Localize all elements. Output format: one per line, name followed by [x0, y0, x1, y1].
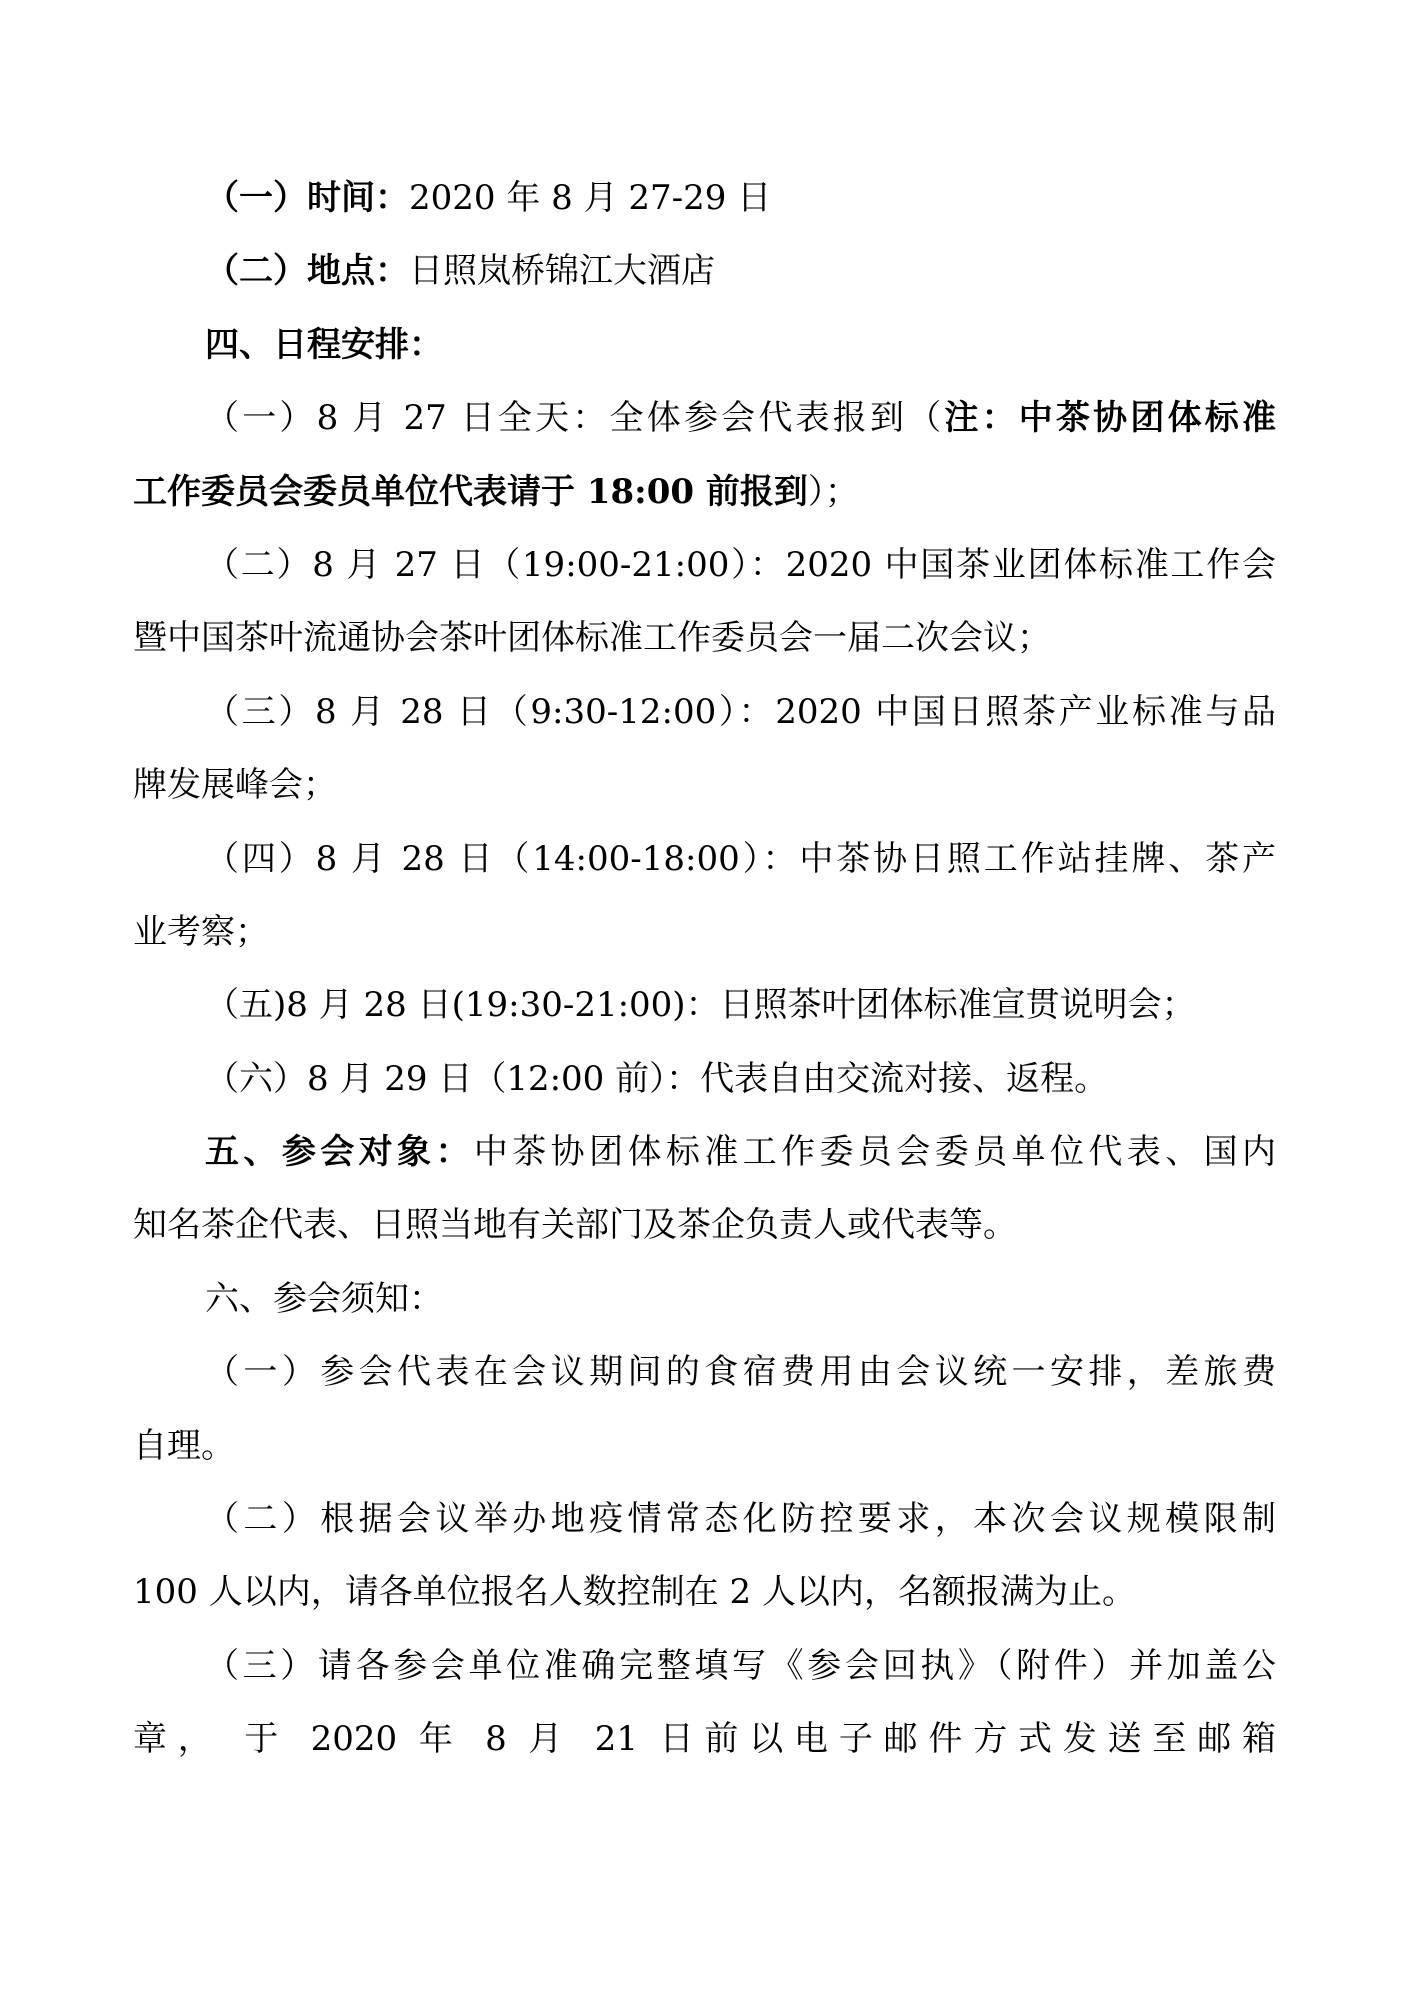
notice-item-1-line1: （一）参会代表在会议期间的食宿费用由会议统一安排，差旅费	[133, 1336, 1276, 1409]
time-label: （一）时间：	[205, 178, 409, 218]
place-label: （二）地点：	[205, 251, 409, 291]
schedule-item-2-line2: 暨中国茶叶流通协会茶叶团体标准工作委员会一届二次会议；	[133, 602, 1276, 675]
notice-item-2-line2: 100 人以内，请各单位报名人数控制在 2 人以内，名额报满为止。	[133, 1556, 1276, 1629]
time-value: 2020 年 8 月 27-29 日	[409, 178, 771, 218]
notice-item-1-line2: 自理。	[133, 1410, 1276, 1483]
schedule-item-1-note-cont: 工作委员会委员单位代表请于 18:00 前报到	[133, 472, 808, 512]
notice-item-2-line1: （二）根据会议举办地疫情常态化防控要求，本次会议规模限制	[133, 1483, 1276, 1556]
schedule-item-3-line1: （三）8 月 28 日（9:30-12:00）：2020 中国日照茶产业标准与品	[133, 676, 1276, 749]
participants-line2: 知名茶企代表、日照当地有关部门及茶企负责人或代表等。	[133, 1189, 1276, 1262]
document-page: （一）时间：2020 年 8 月 27-29 日 （二）地点：日照岚桥锦江大酒店…	[133, 162, 1276, 1777]
section-heading-notice: 六、参会须知：	[133, 1263, 1276, 1336]
place-value: 日照岚桥锦江大酒店	[409, 251, 715, 291]
notice-item-3-line2: 章， 于 2020 年 8 月 21 日前以电子邮件方式发送至邮箱	[133, 1703, 1276, 1776]
participants-heading: 五、参会对象：	[205, 1132, 474, 1172]
section-heading-schedule: 四、日程安排：	[133, 309, 1276, 382]
schedule-item-3-line2: 牌发展峰会；	[133, 749, 1276, 822]
schedule-item-2-line1: （二）8 月 27 日（19:00-21:00）：2020 中国茶业团体标准工作…	[133, 529, 1276, 602]
schedule-item-6: （六）8 月 29 日（12:00 前）：代表自由交流对接、返程。	[133, 1043, 1276, 1116]
schedule-item-1-note: 注：中茶协团体标准	[944, 398, 1276, 438]
paragraph-time: （一）时间：2020 年 8 月 27-29 日	[133, 162, 1276, 235]
schedule-item-4-line1: （四）8 月 28 日（14:00-18:00）：中茶协日照工作站挂牌、茶产	[133, 823, 1276, 896]
schedule-item-5: （五)8 月 28 日(19:30-21:00)：日照茶叶团体标准宣贯说明会；	[133, 969, 1276, 1042]
notice-item-3-line1: （三）请各参会单位准确完整填写《参会回执》（附件）并加盖公	[133, 1630, 1276, 1703]
schedule-item-1-line1: （一）8 月 27 日全天：全体参会代表报到（注：中茶协团体标准	[133, 382, 1276, 455]
schedule-item-1-line2: 工作委员会委员单位代表请于 18:00 前报到）；	[133, 456, 1276, 529]
participants-line1: 五、参会对象：中茶协团体标准工作委员会委员单位代表、国内	[133, 1116, 1276, 1189]
participants-text: 中茶协团体标准工作委员会委员单位代表、国内	[474, 1132, 1276, 1172]
schedule-item-4-line2: 业考察；	[133, 896, 1276, 969]
paragraph-place: （二）地点：日照岚桥锦江大酒店	[133, 235, 1276, 308]
schedule-item-1-text: （一）8 月 27 日全天：全体参会代表报到（	[205, 398, 944, 438]
schedule-item-1-tail: ）；	[808, 472, 859, 512]
